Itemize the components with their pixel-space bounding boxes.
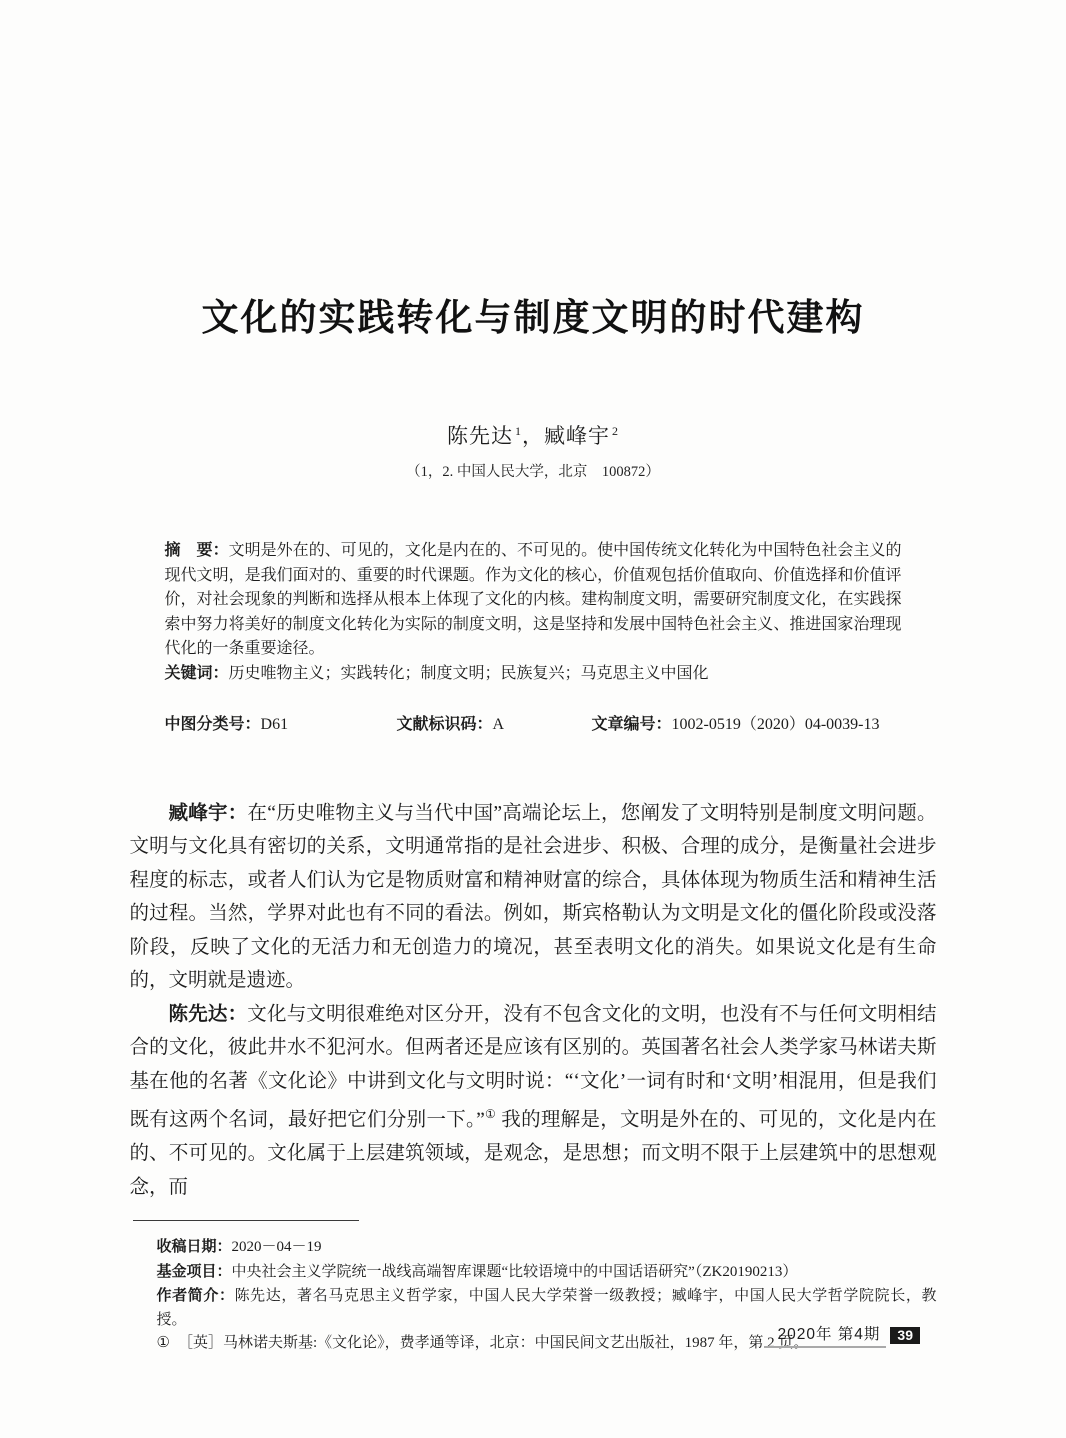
received-date-label: 收稿日期： bbox=[157, 1238, 232, 1255]
article-id-item: 文章编号：1002-0519（2020）04-0039-13 bbox=[592, 713, 902, 737]
fund-project-line: 基金项目：中央社会主义学院统一战线高端智库课题“比较语境中的中国话语研究”（ZK… bbox=[157, 1260, 937, 1285]
doc-code-label: 文献标识码： bbox=[397, 716, 493, 733]
classification-line: 中图分类号：D61 文献标识码：A 文章编号：1002-0519（2020）04… bbox=[165, 713, 902, 737]
author-bio-label: 作者简介： bbox=[157, 1287, 235, 1304]
issue-label: 2020年 第4期 bbox=[764, 1322, 887, 1348]
authors-line: 陈先达1，臧峰宇2 bbox=[0, 418, 1066, 449]
affiliation: （1，2. 中国人民大学，北京 100872） bbox=[0, 463, 1066, 482]
speaker-zang: 臧峰宇： bbox=[169, 802, 248, 824]
page-number-badge: 39 bbox=[890, 1327, 920, 1344]
authors-separator: ， bbox=[522, 424, 544, 448]
article-id-value: 1002-0519（2020）04-0039-13 bbox=[672, 716, 880, 733]
article-body: 臧峰宇：在“历史唯物主义与当代中国”高端论坛上，您阐发了文明特别是制度文明问题。… bbox=[130, 797, 937, 1205]
page-footer: 2020年 第4期 39 bbox=[764, 1322, 921, 1348]
author-1-superscript: 1 bbox=[515, 424, 522, 438]
footnote-reference-mark: ① bbox=[485, 1107, 496, 1121]
doc-code-item: 文献标识码：A bbox=[397, 713, 592, 737]
article-title: 文化的实践转化与制度文明的时代建构 bbox=[0, 0, 1066, 342]
clc-item: 中图分类号：D61 bbox=[165, 713, 397, 737]
footnote-1-text: ［英］马林诺夫斯基:《文化论》，费孝通等译，北京：中国民间文艺出版社，1987 … bbox=[178, 1335, 808, 1351]
paragraph-chen: 陈先达：文化与文明很难绝对区分开，没有不包含文化的文明，也没有不与任何文明相结合… bbox=[130, 998, 937, 1205]
abstract-text: 文明是外在的、可见的，文化是内在的、不可见的。使中国传统文化转化为中国特色社会主… bbox=[165, 542, 902, 657]
speaker-chen: 陈先达： bbox=[169, 1003, 248, 1025]
doc-code-value: A bbox=[493, 716, 505, 733]
keywords-label: 关键词： bbox=[165, 665, 229, 682]
clc-label: 中图分类号： bbox=[165, 716, 261, 733]
received-date-value: 2020－04－19 bbox=[232, 1239, 322, 1255]
paragraph-zang: 臧峰宇：在“历史唯物主义与当代中国”高端论坛上，您阐发了文明特别是制度文明问题。… bbox=[130, 797, 937, 998]
paragraph-zang-text: 在“历史唯物主义与当代中国”高端论坛上，您阐发了文明特别是制度文明问题。文明与文… bbox=[130, 803, 937, 992]
abstract-label: 摘 要： bbox=[165, 542, 229, 559]
abstract-block: 摘 要：文明是外在的、可见的，文化是内在的、不可见的。使中国传统文化转化为中国特… bbox=[165, 539, 902, 687]
author-2-superscript: 2 bbox=[612, 424, 619, 438]
keywords-line: 关键词：历史唯物主义；实践转化；制度文明；民族复兴；马克思主义中国化 bbox=[165, 662, 902, 687]
fund-project-label: 基金项目： bbox=[157, 1263, 232, 1280]
journal-page: 文化的实践转化与制度文明的时代建构 陈先达1，臧峰宇2 （1，2. 中国人民大学… bbox=[0, 0, 1066, 1438]
abstract-paragraph: 摘 要：文明是外在的、可见的，文化是内在的、不可见的。使中国传统文化转化为中国特… bbox=[165, 539, 902, 662]
article-id-label: 文章编号： bbox=[592, 716, 672, 733]
keywords-text: 历史唯物主义；实践转化；制度文明；民族复兴；马克思主义中国化 bbox=[229, 665, 709, 682]
author-2: 臧峰宇 bbox=[544, 424, 610, 448]
footnote-1-mark: ① bbox=[157, 1335, 170, 1351]
author-1: 陈先达 bbox=[447, 424, 513, 448]
received-date-line: 收稿日期：2020－04－19 bbox=[157, 1235, 937, 1260]
fund-project-value: 中央社会主义学院统一战线高端智库课题“比较语境中的中国话语研究”（ZK20190… bbox=[232, 1264, 798, 1280]
clc-value: D61 bbox=[261, 716, 289, 733]
